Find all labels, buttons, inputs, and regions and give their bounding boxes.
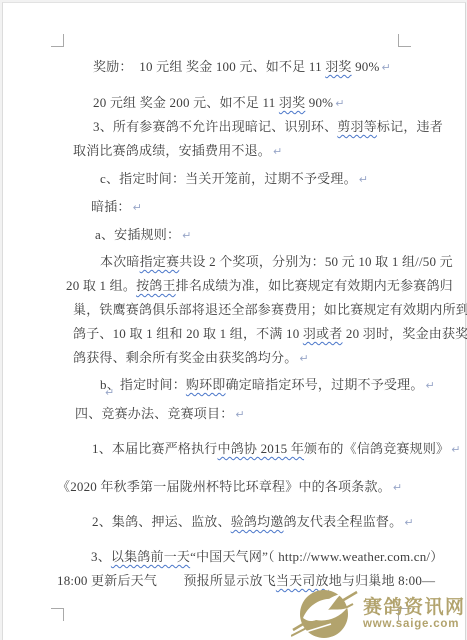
margin-corner-top-right-icon xyxy=(398,34,411,47)
text-segment: 90% xyxy=(305,95,333,110)
text-line: 20 取 1 组。按鸽王排名成绩为准，如比赛规定有效期内无参赛鸽归 xyxy=(66,278,453,294)
paragraph-mark-icon: ↵ xyxy=(404,516,413,529)
text-line: a、安插规则：↵ xyxy=(95,227,192,244)
text-segment: 3、所有参赛鸽不允许出现暗记、识别环、 xyxy=(93,119,337,134)
paragraph-mark-icon: ↵ xyxy=(451,443,460,456)
paragraph-mark-icon: ↵ xyxy=(273,145,282,158)
text-segment: 90% xyxy=(352,59,380,74)
text-segment: 20 取 1 组。 xyxy=(66,278,136,293)
text-line: 鸽子、10 取 1 组和 20 取 1 组，不满 10 羽或者 20 羽时，奖金… xyxy=(73,326,467,342)
text-line: b、指定时间：购环即确定暗指定环号，过期不予受理。↵ xyxy=(100,377,435,394)
paragraph-mark-icon: ↵ xyxy=(182,229,191,242)
proofing-underlined-text: 按鸽王 xyxy=(136,278,176,293)
proofing-underlined-text: 验鸽均邀 xyxy=(231,514,284,529)
text-segment: 20 元组 奖金 200 元、如不足 11 xyxy=(93,95,279,110)
proofing-underlined-text: 中鸽协 2015 年 xyxy=(218,441,305,456)
text-line: 本次暗指定赛共设 2 个奖项，分别为：50 元 10 取 1 组//50 元 xyxy=(100,254,453,270)
paragraph-mark-icon: ↵ xyxy=(426,379,435,392)
dove-logo-icon xyxy=(291,584,361,640)
text-segment: 3、 xyxy=(91,549,111,564)
watermark-site-name: 赛鸽资讯网 xyxy=(363,597,466,618)
proofing-underlined-text: 以集鸽前一天 xyxy=(111,549,190,564)
paragraph-mark-icon: ↵ xyxy=(393,481,402,494)
text-segment: 2、集鸽、押运、监放、 xyxy=(92,514,231,529)
text-line: ↵ xyxy=(103,384,114,401)
text-segment: 标记，违者 xyxy=(377,119,443,134)
paragraph-mark-icon: ↵ xyxy=(133,201,142,214)
text-segment: 18:00 更新后天气 预报所显示放飞 xyxy=(57,573,276,588)
text-segment: 颁布的《信鸽竞赛规则》 xyxy=(304,441,449,456)
text-segment: “中国天气网”（ http://www.weather.com.cn/） xyxy=(190,549,443,564)
text-line: 20 元组 奖金 200 元、如不足 11 羽奖 90%↵ xyxy=(93,95,345,112)
text-segment: 本次暗 xyxy=(100,254,140,269)
text-segment: 20 羽时，奖金由获奖 xyxy=(342,326,467,341)
text-segment: 鸽友代表全程监督。 xyxy=(284,514,403,529)
text-line: 鸽获得、剩余所有奖金由获奖鸽均分。↵ xyxy=(73,350,309,367)
text-segment: 《2020 年秋季第一届陇州杯特比环章程》中的各项条款。 xyxy=(57,479,391,494)
text-segment: 暗插： xyxy=(91,199,131,214)
paragraph-mark-icon: ↵ xyxy=(335,97,344,110)
text-line: 1、本届比赛严格执行中鸽协 2015 年颁布的《信鸽竞赛规则》↵ xyxy=(92,441,461,458)
text-line: 巢，铁鹰赛鸽俱乐部将退还全部参赛费用；如比赛规定有效期内所到 xyxy=(73,302,467,318)
text-segment: c、指定时间：当关开笼前，过期不予受理。 xyxy=(100,171,357,186)
proofing-underlined-text: 指定赛 xyxy=(140,254,180,269)
proofing-underlined-text: 羽奖 xyxy=(325,59,351,74)
text-line: 取消比赛鸽成绩，安插费用不退。↵ xyxy=(73,143,282,160)
text-segment: 取消比赛鸽成绩，安插费用不退。 xyxy=(73,143,271,158)
text-line: 四、竞赛办法、竞赛项目：↵ xyxy=(75,406,245,423)
document-page: 奖励： 10 元组 奖金 100 元、如不足 11 羽奖 90%↵20 元组 奖… xyxy=(2,2,466,640)
saige-watermark: 赛鸽资讯网 www.saige.com xyxy=(291,583,467,640)
text-line: 3、以集鸽前一天“中国天气网”（ http://www.weather.com.… xyxy=(91,549,443,565)
text-line: 2、集鸽、押运、监放、验鸽均邀鸽友代表全程监督。↵ xyxy=(92,514,414,531)
text-line: 3、所有参赛鸽不允许出现暗记、识别环、剪羽等标记，违者 xyxy=(93,119,443,135)
margin-corner-bottom-left-icon xyxy=(51,608,64,621)
text-line: 暗插：↵ xyxy=(91,199,142,216)
text-segment: 鸽获得、剩余所有奖金由获奖鸽均分。 xyxy=(73,350,297,365)
margin-corner-top-left-icon xyxy=(51,34,64,47)
text-segment: 鸽子、10 取 1 组和 20 取 1 组，不满 10 xyxy=(73,326,303,341)
paragraph-mark-icon: ↵ xyxy=(235,408,244,421)
proofing-underlined-text: 剪羽等 xyxy=(337,119,377,134)
text-line: 奖励： 10 元组 奖金 100 元、如不足 11 羽奖 90%↵ xyxy=(93,59,391,76)
text-line: c、指定时间：当关开笼前，过期不予受理。↵ xyxy=(100,171,368,188)
paragraph-mark-icon: ↵ xyxy=(382,61,391,74)
text-segment: 排名成绩为准，如比赛规定有效期内无参赛鸽归 xyxy=(176,278,453,293)
paragraph-mark-icon: ↵ xyxy=(105,386,114,399)
paragraph-mark-icon: ↵ xyxy=(299,352,308,365)
text-segment: 四、竞赛办法、竞赛项目： xyxy=(75,406,233,421)
text-segment: a、安插规则： xyxy=(95,227,180,242)
text-segment: 共设 2 个奖项，分别为：50 元 10 取 1 组//50 元 xyxy=(179,254,453,269)
text-segment: 确定暗指定环号，过期不予受理。 xyxy=(226,377,424,392)
text-line: 《2020 年秋季第一届陇州杯特比环章程》中的各项条款。↵ xyxy=(57,479,402,496)
text-segment: 奖励： 10 元组 奖金 100 元、如不足 11 xyxy=(93,59,325,74)
proofing-underlined-text: 羽奖 xyxy=(279,95,305,110)
proofing-underlined-text: 羽或者 xyxy=(303,326,343,341)
text-segment: 1、本届比赛严格执行 xyxy=(92,441,218,456)
text-segment: 巢，铁鹰赛鸽俱乐部将退还全部参赛费用；如比赛规定有效期内所到 xyxy=(73,302,467,317)
paragraph-mark-icon: ↵ xyxy=(359,173,368,186)
proofing-underlined-text: 购环即 xyxy=(186,377,226,392)
watermark-site-url: www.saige.com xyxy=(363,618,466,630)
